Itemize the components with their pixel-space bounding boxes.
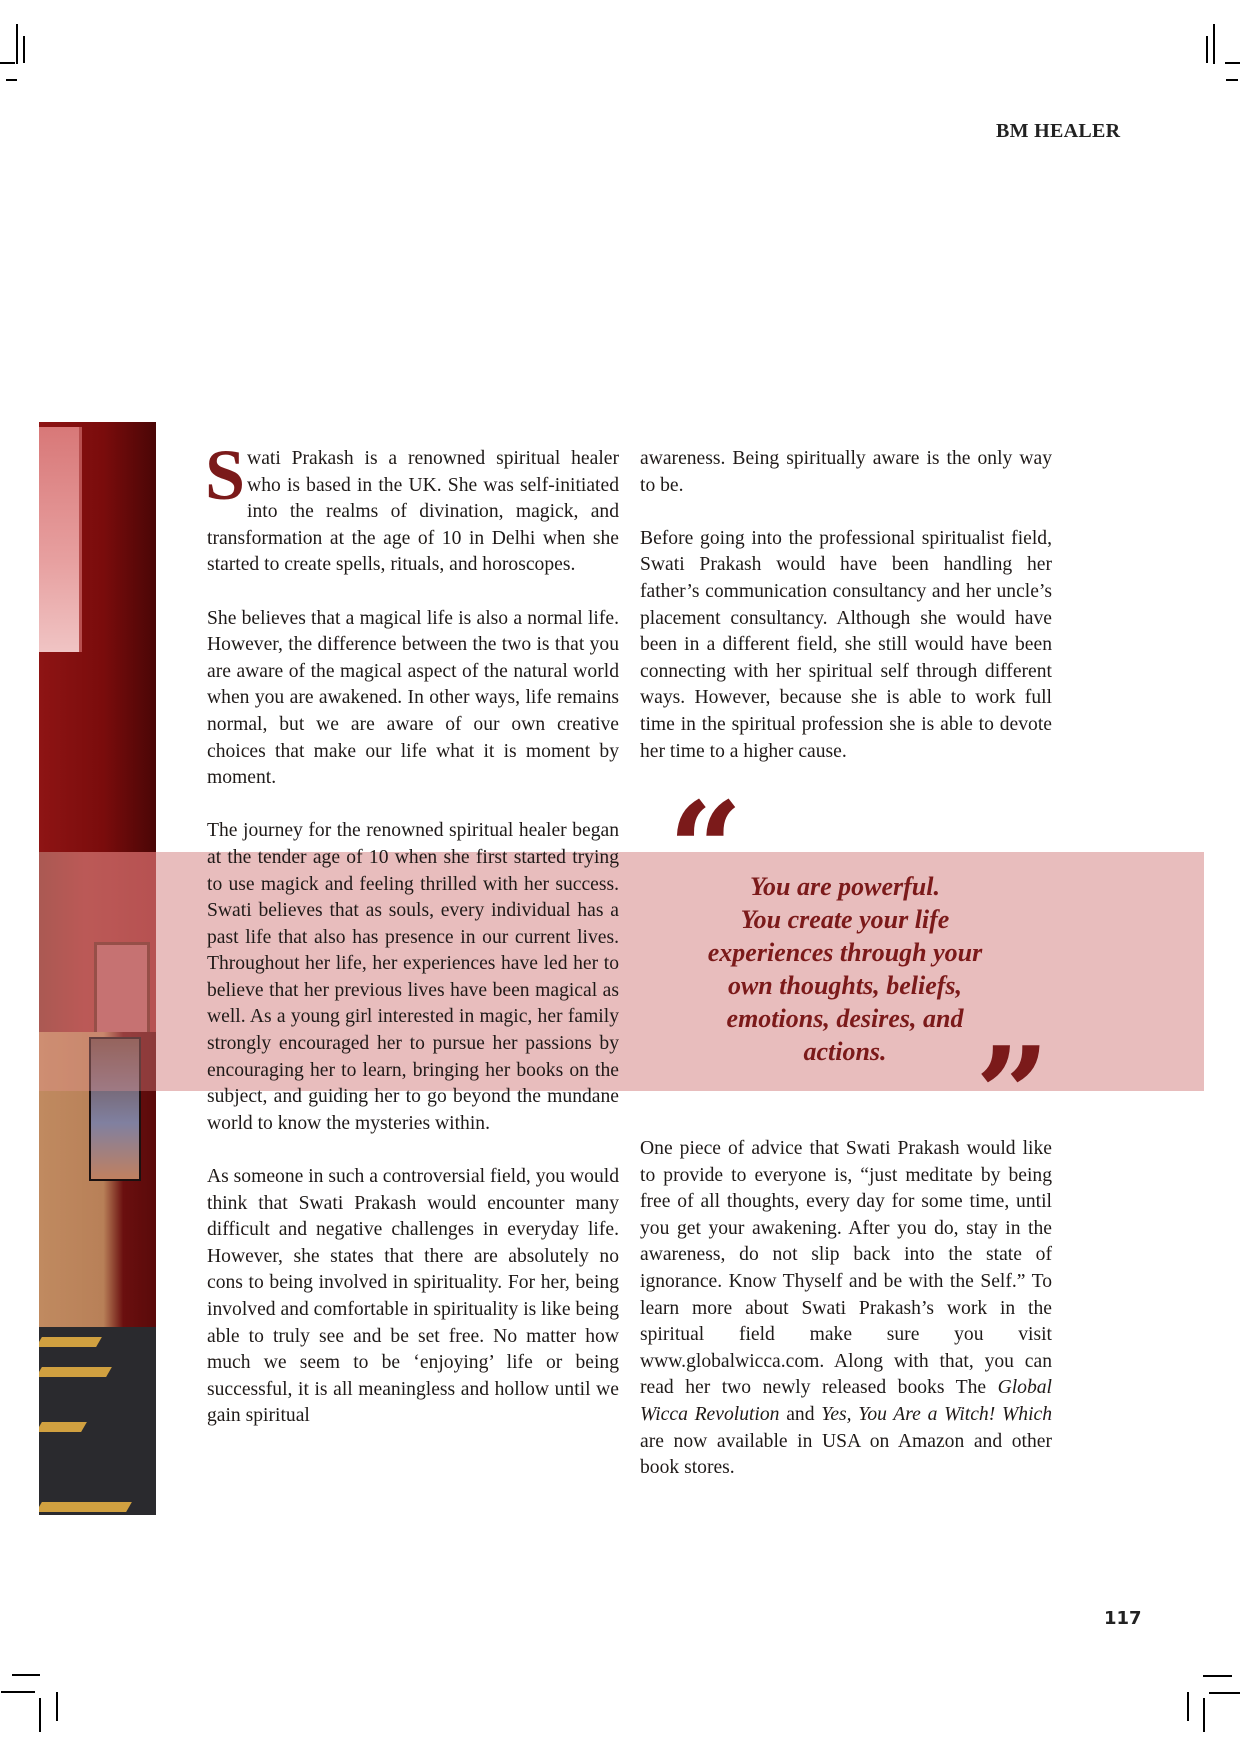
page-number: 117: [1104, 1608, 1142, 1629]
paragraph: awareness. Being spiritually aware is th…: [640, 446, 1052, 499]
paragraph-text: One piece of advice that Swati Prakash w…: [640, 1138, 1052, 1398]
crop-mark: [39, 1698, 41, 1732]
paragraph-text: and: [779, 1404, 821, 1425]
crop-mark: [1203, 1698, 1205, 1732]
crop-mark: [1226, 79, 1238, 81]
pull-quote: “ You are powerful. You create your life…: [660, 805, 1060, 1115]
quote-line: You create your life: [660, 903, 1030, 936]
crop-mark: [23, 36, 25, 63]
quote-line: You are powerful.: [660, 870, 1030, 903]
crop-mark: [56, 1692, 58, 1721]
book-title: Yes, You Are a Witch! Which: [821, 1404, 1052, 1425]
crop-mark: [1, 1691, 35, 1693]
paragraph: Swati Prakash is a renowned spiritual he…: [207, 446, 619, 579]
band-photo-overlay: [39, 852, 156, 1091]
running-head: BM HEALER: [996, 120, 1120, 143]
crop-mark: [16, 24, 18, 64]
paragraph: The journey for the renowned spiritual h…: [207, 818, 619, 1137]
paragraph-text: are now available in USA on Amazon and o…: [640, 1431, 1052, 1479]
article-right-column-bottom: One piece of advice that Swati Prakash w…: [640, 1136, 1052, 1508]
paragraph: One piece of advice that Swati Prakash w…: [640, 1136, 1052, 1482]
paragraph: Before going into the professional spiri…: [640, 526, 1052, 765]
crop-mark: [0, 62, 15, 64]
crop-mark: [12, 1674, 40, 1676]
crop-mark: [1209, 1692, 1240, 1694]
crop-mark: [1203, 1675, 1232, 1677]
article-right-column-top: awareness. Being spiritually aware is th…: [640, 446, 1052, 792]
crop-mark: [1213, 24, 1215, 64]
crop-mark: [1225, 62, 1240, 64]
paragraph: She believes that a magical life is also…: [207, 606, 619, 792]
paragraph-text: wati Prakash is a renowned spiritual hea…: [207, 448, 619, 575]
crop-mark: [1187, 1692, 1189, 1721]
quote-line: experiences through your: [660, 936, 1030, 969]
article-left-column: Swati Prakash is a renowned spiritual he…: [207, 446, 619, 1457]
crop-mark: [1206, 36, 1208, 63]
paragraph: As someone in such a controversial field…: [207, 1164, 619, 1430]
crop-mark: [6, 79, 17, 81]
quote-line: own thoughts, beliefs,: [660, 969, 1030, 1002]
drop-cap: S: [205, 446, 245, 502]
